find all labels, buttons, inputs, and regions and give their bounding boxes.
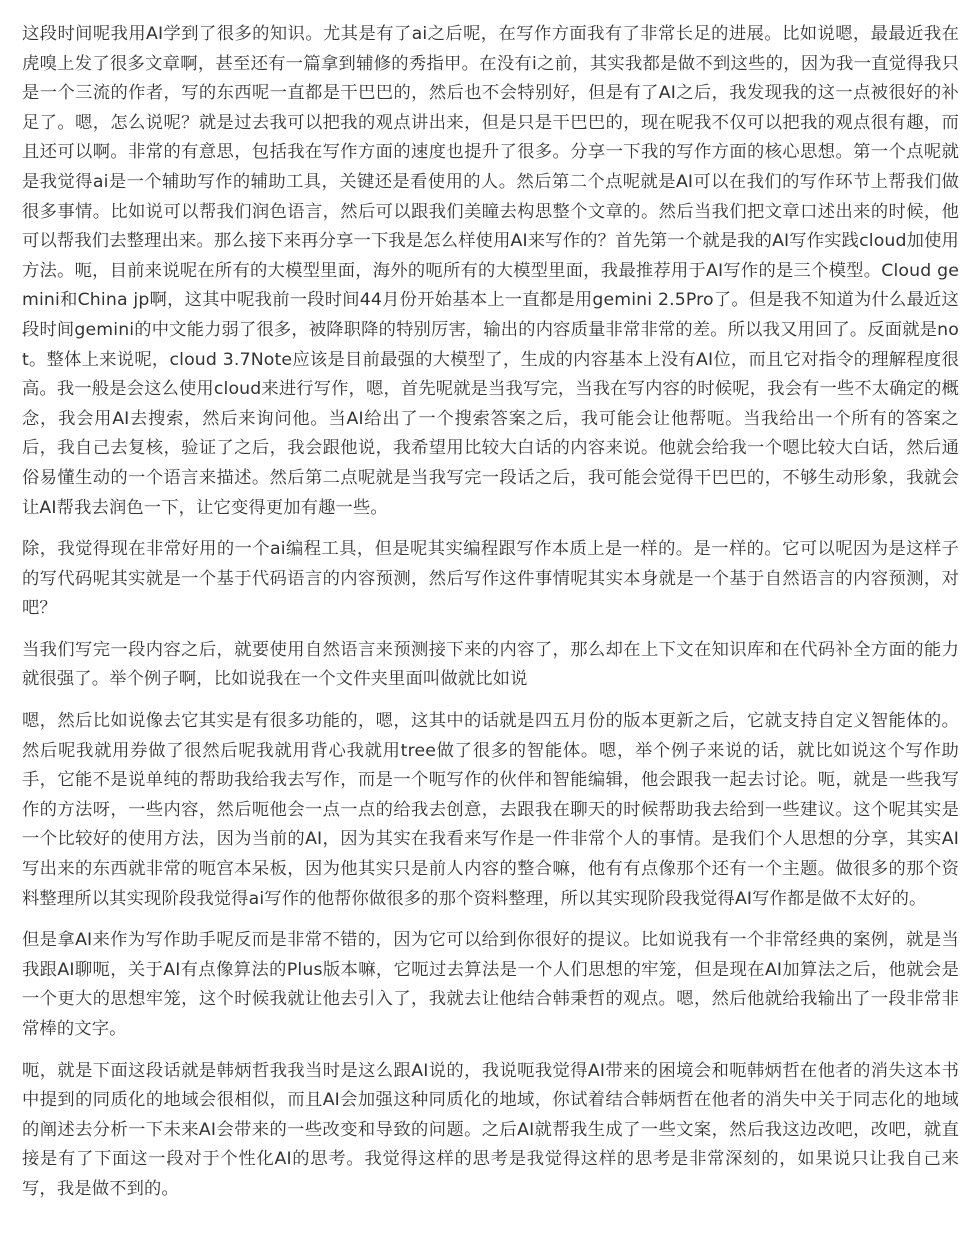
paragraph: 除，我觉得现在非常好用的一个ai编程工具，但是呢其实编程跟写作本质上是一样的。是… xyxy=(22,535,959,624)
paragraph: 但是拿AI来作为写作助手呢反而是非常不错的，因为它可以给到你很好的提议。比如说我… xyxy=(22,926,959,1044)
paragraph: 呃，就是下面这段话就是韩炳哲我我当时是这么跟AI说的，我说呃我觉得AI带来的困境… xyxy=(22,1057,959,1205)
document-body: 这段时间呢我用AI学到了很多的知识。尤其是有了ai之后呢，在写作方面我有了非常长… xyxy=(0,0,979,1205)
paragraph: 嗯，然后比如说像去它其实是有很多功能的，嗯，这其中的话就是四五月份的版本更新之后… xyxy=(22,707,959,914)
paragraph: 当我们写完一段内容之后，就要使用自然语言来预测接下来的内容了，那么却在上下文在知… xyxy=(22,636,959,695)
paragraph: 这段时间呢我用AI学到了很多的知识。尤其是有了ai之后呢，在写作方面我有了非常长… xyxy=(22,20,959,523)
